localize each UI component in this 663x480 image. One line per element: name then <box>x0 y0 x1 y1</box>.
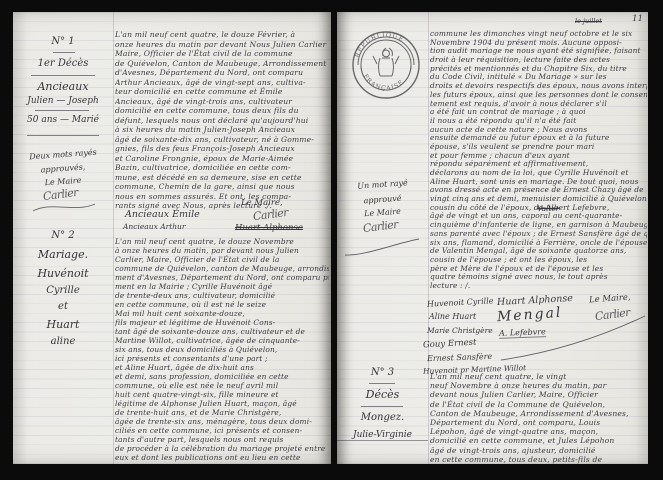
handwriting-line: de procéder à la célébration du mariage … <box>115 444 329 453</box>
handwriting-line: L'an mil neuf cent quatre, le douze Févr… <box>115 30 329 40</box>
handwriting-line: de Valentin Mengal, âgé de soixante quat… <box>430 247 647 256</box>
handwriting-line: vingt cinq ans et demi, menuisier domici… <box>430 195 647 204</box>
register-left-page: N° 1 1er Décès Ancieaux Julien — Joseph … <box>13 12 331 464</box>
register-scan: N° 1 1er Décès Ancieaux Julien — Joseph … <box>0 0 663 480</box>
handwriting-line: L'an mil neuf cent quatre, le vingt <box>430 372 647 381</box>
handwriting-line: âgée de trente-six ans, ménagère, tous d… <box>115 417 329 426</box>
signature-flourish <box>343 236 423 258</box>
handwriting-line: a été fait un contrat de mariage ; à quo… <box>430 108 647 117</box>
handwriting-line: déclarons au nom de la loi, que Cyrille … <box>430 169 647 178</box>
seal-text-top: RÉPUBLIQUE <box>354 32 405 59</box>
handwriting-line: commune les dimanches vingt neuf octobre… <box>430 30 647 39</box>
act2-groom-name: Huvénoit <box>13 267 113 280</box>
handwriting-line: Mai mil huit cent soixante-douze, <box>115 309 329 318</box>
handwriting-line: et pour femme ; chacun d'eux ayant <box>430 152 647 161</box>
act1-type-label: 1er Décès <box>13 58 113 69</box>
handwriting-line: de trente-huit ans, et de Marie Christgè… <box>115 408 329 417</box>
maire-signature: Carlier <box>362 218 398 235</box>
handwriting-line: légitime de Alphonse Julien Huart, maçon… <box>115 399 329 408</box>
handwriting-line: commune, où elle est née le neuf avril m… <box>115 381 329 390</box>
handwriting-line: Ancieaux, âgé de vingt-trois ans, cultiv… <box>115 97 329 107</box>
handwriting-line: mune, est décédé en sa demeure, sise en … <box>115 173 329 183</box>
handwriting-line: et Aline Huart, âgée de dix-huit ans <box>115 363 329 372</box>
handwriting-line: défunt, lesquels nous ont déclaré qu'auj… <box>115 116 329 126</box>
handwriting-line: Novembre 1904 du présent mois. Aucune op… <box>430 39 647 48</box>
handwriting-line: âgé de vingt et un ans, caporal au cent-… <box>430 212 647 221</box>
act3-deceased-firstnames: Julie-Virginie <box>337 430 428 441</box>
margin-divider <box>361 406 403 407</box>
handwriting-line: sans parenté avec l'époux ; de Ernest Sa… <box>430 230 647 239</box>
act2-bride-name: Huart <box>13 318 113 331</box>
svg-text:RÉPUBLIQUE: RÉPUBLIQUE <box>354 32 405 59</box>
maire-label: Le Maire, <box>589 293 631 306</box>
handwriting-line: Département du Nord, ont comparu, Louis <box>430 418 647 427</box>
act2-type-label: Mariage. <box>13 248 113 261</box>
handwriting-line: en cette commune, tous deux, petits-fils… <box>430 455 647 464</box>
witness-signature: Ancieaux Arthur <box>123 222 185 231</box>
handwriting-line: Martine Willot, cultivatrice, âgée de ci… <box>115 336 329 345</box>
handwriting-line: devant nous Julien Carlier, Maire, Offic… <box>430 390 647 399</box>
margin-divider <box>369 383 395 384</box>
margin-divider <box>35 110 89 111</box>
witness-signature: Gouy Ernest <box>423 338 477 351</box>
handwriting-line: âgé de soixante-dix ans, cultivateur, né… <box>115 135 329 145</box>
handwriting-line: tement est requis, d'avoir à nous déclar… <box>430 100 647 109</box>
handwriting-line: teur domicilié en cette commune et Émile <box>115 87 329 97</box>
bride-signature: Aline Huart <box>429 312 476 321</box>
struck-signature: Huart Alphonse <box>235 223 303 233</box>
handwriting-line: épouse, s'ils veulent se prendre pour ma… <box>430 143 647 152</box>
witness-signature: Ancieaux Émile <box>125 209 200 220</box>
handwriting-line: Aline Huart, sont unis en mariage. De to… <box>430 178 647 187</box>
act1-number: N° 1 <box>13 36 113 47</box>
act1-deceased-details: 50 ans — Marié <box>13 115 113 125</box>
margin-note-line: Le Maire <box>337 205 428 220</box>
page-number: 11 <box>632 14 643 24</box>
act3-death-record-text: L'an mil neuf cent quatre, le vingtneuf … <box>430 372 647 464</box>
handwriting-line: de l'État civil de la Commune de Quiével… <box>430 400 647 409</box>
handwriting-line: six ans, tous deux domiciliés à Quiévelo… <box>115 345 329 354</box>
act2-groom-firstname: Cyrille <box>13 285 113 296</box>
handwriting-line: neuf Novembre à onze heures du matin, pa… <box>430 381 647 390</box>
right-margin-rule <box>428 12 429 464</box>
handwriting-line: droit à leur réquisition, lecture faite … <box>430 56 647 65</box>
act3-number: N° 3 <box>337 367 428 378</box>
act1-death-record-text: L'an mil neuf cent quatre, le douze Févr… <box>115 30 329 210</box>
handwriting-line: Maire, Officier de l'État civil de la co… <box>115 49 329 59</box>
handwriting-line: Lépohon, âgé de vingt-quatre ans, maçon, <box>430 427 647 436</box>
handwriting-line: du Code Civil, intitulé « Du Mariage » s… <box>430 73 647 82</box>
republique-francaise-seal: RÉPUBLIQUE FRANÇAISE <box>349 28 423 102</box>
signature-flourish <box>497 312 647 364</box>
handwriting-line: ici présents et consentants d'une part ; <box>115 354 329 363</box>
handwriting-line: tant âgé de soixante-douze ans, cultivat… <box>115 327 329 336</box>
handwriting-line: ment en la Mairie ; Cyrille Huvénoit âgé <box>115 282 329 291</box>
handwriting-line: âgé de vingt-trois ans, ajusteur, domici… <box>430 446 647 455</box>
handwriting-line: Carlier, Maire, Officier de l'État civil… <box>115 255 329 264</box>
handwriting-line: ensuite demandé au futur époux et à la f… <box>430 134 647 143</box>
witness-signature: Ernest Sansfère <box>427 352 492 363</box>
witness-signature: Marie Christgère <box>427 326 493 335</box>
act2-bride-firstname: aline <box>13 336 113 347</box>
handwriting-line: précités et mentionnés et du Chapitre Si… <box>430 65 647 74</box>
act1-deceased-name: Ancieaux <box>13 80 113 93</box>
margin-divider <box>31 75 95 76</box>
handwriting-line: d'Avesnes, Département du Nord, ont comp… <box>115 68 329 78</box>
left-margin-column: N° 1 1er Décès Ancieaux Julien — Joseph … <box>13 12 113 464</box>
act2-marriage-record-text: L'an mil neuf cent quatre, le douze Nove… <box>115 237 329 463</box>
handwriting-line: père et Mère de l'époux et de l'épouse e… <box>430 265 647 274</box>
handwriting-line: et Caroline Frongnie, époux de Marie-Aim… <box>115 154 329 164</box>
right-margin-column: RÉPUBLIQUE FRANÇAISE Un mot rayé approuv… <box>337 12 428 464</box>
handwriting-line: nous en sommes assurés. Et ont, les comp… <box>115 192 329 202</box>
handwriting-line: tion audit mariage ne nous ayant été sig… <box>430 47 647 56</box>
handwriting-line: lecture : /. <box>430 282 647 291</box>
handwriting-line: Bazin, cultivatrice, domiciliée en cette… <box>115 163 329 173</box>
handwriting-line: commune, Chemin de la gare, ainsi que no… <box>115 182 329 192</box>
handwriting-line: les futurs époux, ainsi que les personne… <box>430 91 647 100</box>
act1-deceased-firstnames: Julien — Joseph <box>13 96 113 106</box>
handwriting-line: fils majeur et légitime de Huvénoit Cons… <box>115 318 329 327</box>
act2-number: N° 2 <box>13 230 113 241</box>
margin-note-line: Deux mots rayés <box>13 147 113 163</box>
handwriting-line: ment d'Avesnes, Département du Nord, ont… <box>115 273 329 282</box>
struck-word: Valter <box>537 204 559 213</box>
handwriting-line: en cette commune, où il est né le seize <box>115 300 329 309</box>
handwriting-line: huit cent quatre-vingt-six, fille mineur… <box>115 390 329 399</box>
margin-divider <box>27 135 99 136</box>
handwriting-line: ciliés en cette commune, ici présents et… <box>115 426 329 435</box>
margin-note-line: Un mot rayé <box>337 177 428 192</box>
handwriting-line: six ans, flamand, domicilié à Ferrière, … <box>430 239 647 248</box>
handwriting-line: avons dressé acte en présence de Ernest … <box>430 186 647 195</box>
handwriting-line: commune de Quiévelon, canton de Maubeuge… <box>115 264 329 273</box>
act3-deceased-name: Mongez. <box>337 412 428 423</box>
handwriting-line: eux et dont les publications ont eu lieu… <box>115 453 329 462</box>
handwriting-line: de Quiévelon, Canton de Maubeuge, Arrond… <box>115 59 329 69</box>
handwriting-line: Arthur Ancieaux, âgé de vingt-sept ans, … <box>115 78 329 88</box>
handwriting-line: onze heures du matin par devant Nous Jul… <box>115 40 329 50</box>
handwriting-line: quatre témoins signé avec nous, le tout … <box>430 273 647 282</box>
left-margin-rule <box>113 12 114 464</box>
handwriting-line: domicilié en cette commune, tous deux fi… <box>115 106 329 116</box>
handwriting-line: cousin de l'épouse ; et ont les époux, l… <box>430 256 647 265</box>
handwriting-line: aucun acte de cette nature ; Nous avons <box>430 126 647 135</box>
act3-type-label: Décès <box>337 388 428 401</box>
handwriting-line: tants d'autre part, lesquels nous ont re… <box>115 435 329 444</box>
act2-et-label: et <box>13 301 113 312</box>
seal-figure <box>373 48 399 76</box>
handwriting-line: à onze heures du matin, par devant nous … <box>115 246 329 255</box>
maire-signature: Carlier <box>252 206 288 223</box>
handwriting-line: et demi, sans profession, domiciliée en … <box>115 372 329 381</box>
handwriting-line: il nous a été répondu qu'il n'a été fait <box>430 117 647 126</box>
handwriting-line: domicilié en cette commune, et Jules Lép… <box>430 436 647 445</box>
handwriting-line: gnies, fils des feus François-Joseph Anc… <box>115 144 329 154</box>
handwriting-line: Canton de Maubeuge, Arrondissement d'Ave… <box>430 409 647 418</box>
struck-interlinear-word: le juillet <box>575 17 602 25</box>
groom-signature: Huvenoit Cyrille <box>427 296 494 308</box>
signature-flourish <box>31 200 97 214</box>
handwriting-line: droits et devoirs respectifs des époux, … <box>430 82 647 91</box>
handwriting-line: à six heures du matin Julien-Joseph Anci… <box>115 125 329 135</box>
handwriting-line: répondu séparément et affirmativement, <box>430 160 647 169</box>
act2-marriage-record-continuation: commune les dimanches vingt neuf octobre… <box>430 30 647 292</box>
margin-divider <box>53 52 75 53</box>
handwriting-line: cinquième d'infanterie de ligne, en garn… <box>430 221 647 230</box>
handwriting-line: L'an mil neuf cent quatre, le douze Nove… <box>115 237 329 246</box>
handwriting-line: de trente-deux ans, cultivateur, domicil… <box>115 291 329 300</box>
register-right-page: 11 le juillet RÉPUBLIQUE FRANÇAISE Un mo… <box>337 12 648 464</box>
